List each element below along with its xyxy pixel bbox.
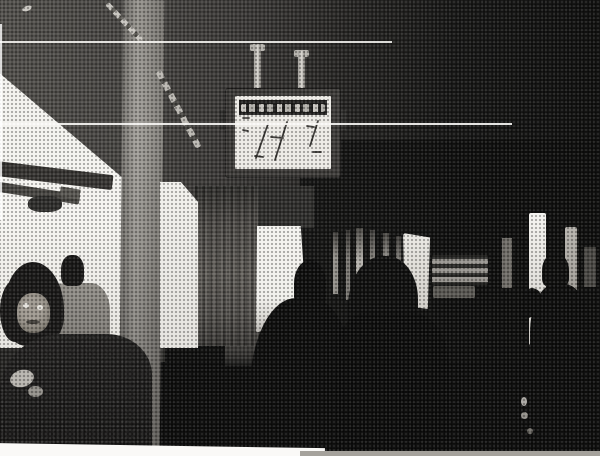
scan-line-1	[0, 41, 392, 43]
silhouette-right-center-body	[336, 312, 448, 451]
window-slit-4	[584, 247, 596, 287]
sign-mount-tab-right	[340, 110, 346, 130]
sign-post-2	[298, 51, 305, 93]
woman-mouth-shadow	[26, 320, 40, 324]
light-speck-1	[521, 397, 527, 406]
doorway-lintel	[258, 186, 314, 228]
light-speck-3	[527, 428, 533, 434]
photo-edge-sliver-left	[0, 24, 2, 220]
commuter-behind-head	[61, 255, 84, 286]
woman-bag-highlight	[28, 386, 43, 397]
scan-line-2	[0, 123, 512, 125]
lit-sign-base	[433, 286, 475, 298]
woman-eye-right	[37, 305, 43, 310]
woman-body	[0, 334, 152, 451]
light-speck-2	[521, 412, 528, 419]
print-bottom-edge-gray	[300, 451, 600, 456]
station-photograph: Grainy scanned photograph of a covered r…	[0, 0, 600, 451]
woman-face	[17, 293, 50, 333]
canopy-fixture	[28, 196, 62, 212]
colonnade-bar-1	[333, 232, 338, 294]
screenshot-root: Grainy scanned photograph of a covered r…	[0, 0, 600, 456]
lit-sign-text-band	[432, 255, 488, 285]
pillar-lit-face	[160, 182, 198, 348]
woman-eye-left	[23, 303, 29, 308]
silhouette-far-right-head	[542, 253, 569, 287]
sign-header-illegible-text	[241, 104, 325, 112]
sign-post-1	[254, 45, 261, 93]
back-wall	[195, 186, 261, 346]
window-slit-1	[502, 238, 512, 288]
